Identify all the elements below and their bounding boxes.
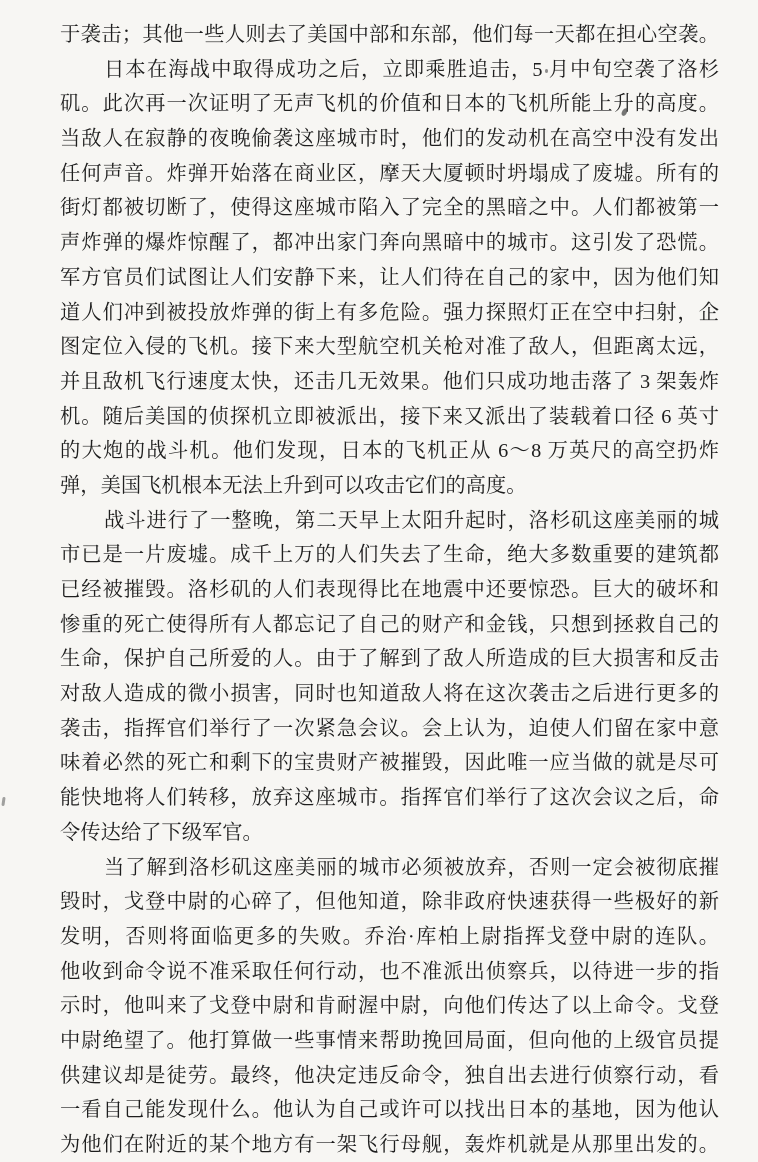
scan-artifact xyxy=(545,69,548,73)
text-line: 能快地将人们转移，放弃这座城市。指挥官们举行了这次会议之后，命 xyxy=(60,781,719,816)
text-line: 图定位入侵的飞机。接下来大型航空机关枪对准了敌人，但距离太远， xyxy=(60,330,719,365)
text-line: 并且敌机飞行速度太快，还击几无效果。他们只成功地击落了 3 架轰炸 xyxy=(60,365,719,400)
text-line: 当敌人在寂静的夜晚偷袭这座城市时，他们的发动机在高空中没有发出 xyxy=(60,122,719,157)
text-line: 为他们在附近的某个地方有一架飞行母舰，轰炸机就是从那里出发的。 xyxy=(60,1128,719,1162)
text-line: 日本在海战中取得成功之后，立即乘胜追击，5 月中旬空袭了洛杉 xyxy=(60,53,719,88)
text-line: 市已是一片废墟。成千上万的人们失去了生命，绝大多数重要的建筑都 xyxy=(60,538,719,573)
text-line: 任何声音。炸弹开始落在商业区，摩天大厦顿时坍塌成了废墟。所有的 xyxy=(60,157,719,192)
text-line: 示时，他叫来了戈登中尉和肯耐渥中尉，向他们传达了以上命令。戈登 xyxy=(60,989,719,1024)
text-line: 矶。此次再一次证明了无声飞机的价值和日本的飞机所能上升的高度。 xyxy=(60,87,719,122)
scanned-page: 于袭击；其他一些人则去了美国中部和东部，他们每一天都在担心空袭。日本在海战中取得… xyxy=(0,0,758,1162)
text-line: 街灯都被切断了，使得这座城市陷入了完全的黑暗之中。人们都被第一 xyxy=(60,191,719,226)
text-line: 一看自己能发现什么。他认为自己或许可以找出日本的基地，因为他认 xyxy=(60,1093,719,1128)
text-line: 军方官员们试图让人们安静下来，让人们待在自己的家中，因为他们知 xyxy=(60,261,719,296)
text-line: 发明，否则将面临更多的失败。乔治·库柏上尉指挥戈登中尉的连队。 xyxy=(60,920,719,955)
text-line: 战斗进行了一整晚，第二天早上太阳升起时，洛杉矶这座美丽的城 xyxy=(60,504,719,539)
text-line: 已经被摧毁。洛杉矶的人们表现得比在地震中还要惊恐。巨大的破坏和 xyxy=(60,573,719,608)
text-line: 对敌人造成的微小损害，同时也知道敌人将在这次袭击之后进行更多的 xyxy=(60,677,719,712)
text-line: 机。随后美国的侦探机立即被派出，接下来又派出了装载着口径 6 英寸 xyxy=(60,400,719,435)
document-text: 于袭击；其他一些人则去了美国中部和东部，他们每一天都在担心空袭。日本在海战中取得… xyxy=(60,18,719,1162)
text-line: 道人们冲到被投放炸弹的街上有多危险。强力探照灯正在空中扫射，企 xyxy=(60,296,719,331)
scan-artifact xyxy=(1,797,5,806)
text-line: 供建议却是徒劳。最终，他决定违反命令，独自出去进行侦察行动，看 xyxy=(60,1059,719,1094)
text-line: 味着必然的死亡和剩下的宝贵财产被摧毁，因此唯一应当做的就是尽可 xyxy=(60,746,719,781)
text-line: 的大炮的战斗机。他们发现，日本的飞机正从 6～8 万英尺的高空扔炸 xyxy=(60,434,719,469)
text-line: 声炸弹的爆炸惊醒了，都冲出家门奔向黑暗中的城市。这引发了恐慌。 xyxy=(60,226,719,261)
text-line: 于袭击；其他一些人则去了美国中部和东部，他们每一天都在担心空袭。 xyxy=(60,18,719,53)
text-line: 毁时，戈登中尉的心碎了，但他知道，除非政府快速获得一些极好的新 xyxy=(60,885,719,920)
text-line: 生命，保护自己所爱的人。由于了解到了敌人所造成的巨大损害和反击 xyxy=(60,642,719,677)
text-line: 袭击，指挥官们举行了一次紧急会议。会上认为，迫使人们留在家中意 xyxy=(60,712,719,747)
text-line: 弹，美国飞机根本无法上升到可以攻击它们的高度。 xyxy=(60,469,719,504)
text-line: 令传达给了下级军官。 xyxy=(60,816,719,851)
text-line: 他收到命令说不准采取任何行动，也不准派出侦察兵，以待进一步的指 xyxy=(60,955,719,990)
text-line: 当了解到洛杉矶这座美丽的城市必须被放弃，否则一定会被彻底摧 xyxy=(60,851,719,886)
text-line: 惨重的死亡使得所有人都忘记了自己的财产和金钱，只想到拯救自己的 xyxy=(60,608,719,643)
text-line: 中尉绝望了。他打算做一些事情来帮助挽回局面，但向他的上级官员提 xyxy=(60,1024,719,1059)
